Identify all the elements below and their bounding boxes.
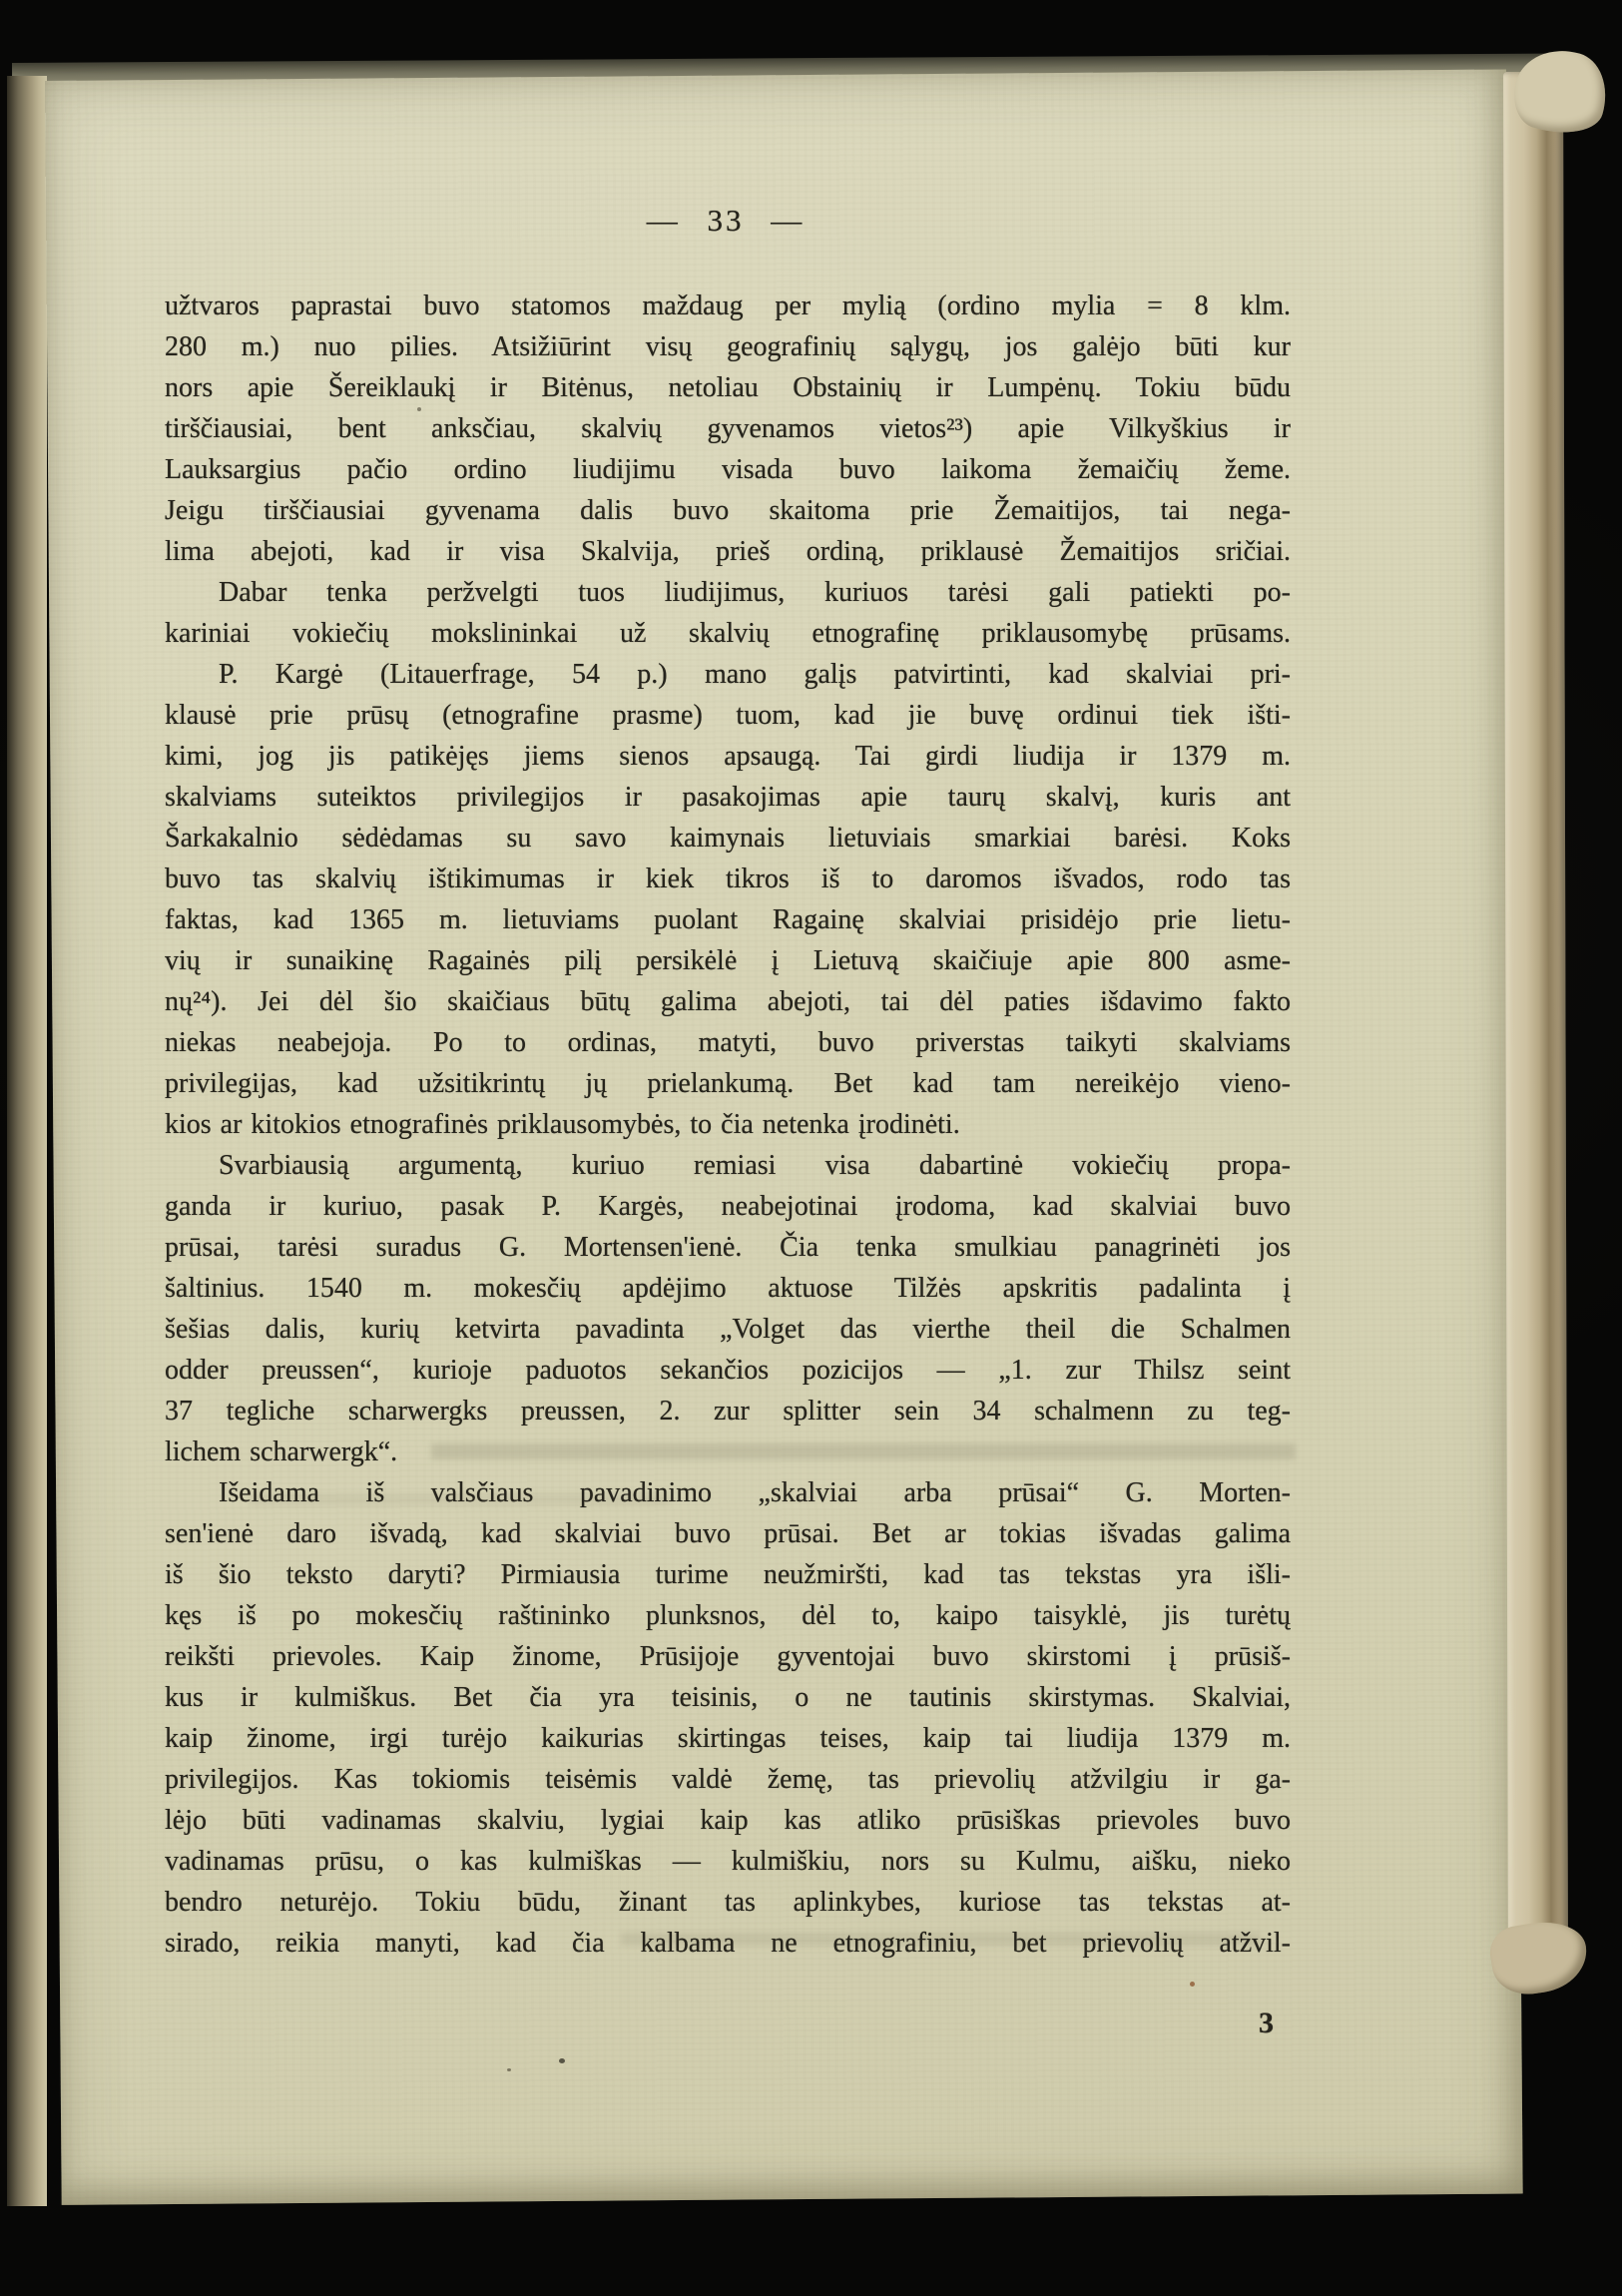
text-line: kariniai vokiečių mokslininkai už skalvi… [165, 613, 1291, 654]
text-line: kaip žinome, irgi turėjo kaikurias skirt… [165, 1718, 1291, 1759]
text-line: šešias dalis, kurių ketvirta pavadinta „… [165, 1309, 1291, 1350]
page-header-number: — 33 — [162, 203, 1290, 239]
text-line: lėjo būti vadinamas skalviu, lygiai kaip… [165, 1800, 1291, 1841]
text-line: kęs iš po mokesčių raštininko plunksnos,… [165, 1595, 1291, 1636]
text-line: bendro neturėjo. Tokiu būdu, žinant tas … [165, 1882, 1291, 1923]
text-line: sirado, reikia manyti, kad čia kalbama n… [165, 1923, 1291, 1964]
text-line: kios ar kitokios etnografinės priklausom… [165, 1104, 1291, 1145]
body-text: užtvaros paprastai buvo statomos maždaug… [165, 286, 1291, 1964]
text-line: klausė prie prūsų (etnografine prasme) t… [165, 695, 1291, 736]
text-line: Jeigu tirščiausiai gyvenama dalis buvo s… [165, 490, 1291, 531]
text-line: lima abejoti, kad ir visa Skalvija, prie… [165, 531, 1291, 572]
text-line: reikšti prievoles. Kaip žinome, Prūsijoj… [165, 1636, 1291, 1677]
book-gutter-edge [7, 76, 47, 2206]
text-line: sen'ienė daro išvadą, kad skalviai buvo … [165, 1513, 1291, 1554]
book-fore-edge [1503, 72, 1568, 1977]
text-line: skalviams suteiktos privilegijos ir pasa… [165, 777, 1291, 818]
text-line: šaltinius. 1540 m. mokesčių apdėjimo akt… [165, 1268, 1291, 1309]
text-line: niekas neabejoja. Po to ordinas, matyti,… [165, 1022, 1291, 1063]
text-line: Svarbiausią argumentą, kuriuo remiasi vi… [165, 1145, 1291, 1186]
text-line: 37 tegliche scharwergks preussen, 2. zur… [165, 1391, 1291, 1432]
text-line: kimi, jog jis patikėjęs jiems sienos aps… [165, 736, 1291, 777]
text-line: privilegijas, kad užsitikrintų jų priela… [165, 1063, 1291, 1104]
text-line: tirščiausiai, bent anksčiau, skalvių gyv… [165, 408, 1291, 449]
text-line: kus ir kulmiškus. Bet čia yra teisinis, … [165, 1677, 1291, 1718]
page-footer-signature: 3 [162, 2007, 1274, 2040]
text-line: užtvaros paprastai buvo statomos maždaug… [165, 286, 1291, 326]
text-line: Lauksargius pačio ordino liudijimu visad… [165, 449, 1291, 490]
text-line: odder preussen“, kurioje paduotos sekanč… [165, 1350, 1291, 1391]
text-line: 280 m.) nuo pilies. Atsižiūrint visų geo… [165, 326, 1291, 367]
text-line: vių ir sunaikinę Ragainės pilį persikėlė… [165, 940, 1291, 981]
ink-speck [507, 2068, 511, 2071]
text-line: iš šio teksto daryti? Pirmiausia turime … [165, 1554, 1291, 1595]
text-line: faktas, kad 1365 m. lietuviams puolant R… [165, 899, 1291, 940]
text-line: Šarkakalnio sėdėdamas su savo kaimynais … [165, 818, 1291, 859]
text-line: Išeidama iš valsčiaus pavadinimo „skalvi… [165, 1472, 1291, 1513]
text-line: nų²⁴). Jei dėl šio skaičiaus būtų galima… [165, 981, 1291, 1022]
text-line: vadinamas prūsu, o kas kulmiškas — kulmi… [165, 1841, 1291, 1882]
text-line: prūsai, tarėsi suradus G. Mortensen'ienė… [165, 1227, 1291, 1268]
ink-speck [1190, 1982, 1195, 1987]
ink-speck [559, 2058, 565, 2063]
text-line: buvo tas skalvių ištikimumas ir kiek tik… [165, 859, 1291, 899]
text-line: Dabar tenka peržvelgti tuos liudijimus, … [165, 572, 1291, 613]
text-line: ganda ir kuriuo, pasak P. Kargės, neabej… [165, 1186, 1291, 1227]
text-line: lichem scharwergk“. [165, 1432, 1291, 1472]
text-line: P. Kargė (Litauerfrage, 54 p.) mano galį… [165, 654, 1291, 695]
text-line: nors apie Šereiklaukį ir Bitėnus, netoli… [165, 367, 1291, 408]
text-line: privilegijos. Kas tokiomis teisėmis vald… [165, 1759, 1291, 1800]
